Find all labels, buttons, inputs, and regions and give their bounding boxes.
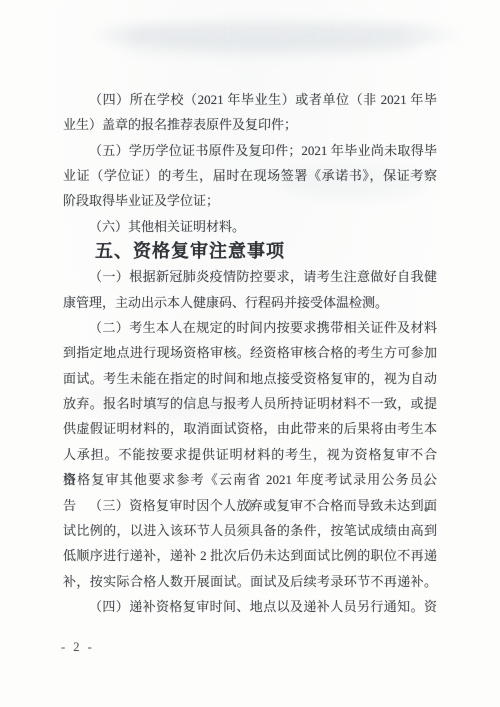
scan-artifact-top2 (120, 42, 420, 56)
scan-artifact-top (90, 22, 468, 48)
text-line: 业证（学位证）的考生，届时在现场签署《承诺书》，保证考察 (63, 163, 437, 188)
text-line: 康管理，主动出示本人健康码、行程码并接受体温检测。 (63, 290, 437, 315)
text-line: 面试。考生未能在指定的时间和地点接受资格复审的，视为自动 (63, 366, 437, 391)
text-line: 供虚假证明材料的，取消面试资格，由此带来的后果将由考生本 (63, 416, 437, 441)
text-line: （六）其他相关证明材料。 (63, 214, 437, 239)
text-line: （四）所在学校（2021 年毕业生）或者单位（非 2021 年毕 (63, 87, 437, 112)
document-body: （四）所在学校（2021 年毕业生）或者单位（非 2021 年毕业生）盖章的报名… (63, 87, 437, 619)
text-line: （一）根据新冠肺炎疫情防控要求，请考生注意做好自我健 (63, 264, 437, 289)
text-line: 业生）盖章的报名推荐表原件及复印件； (63, 112, 437, 137)
text-line: 补，按实际合格人数开展面试。面试及后续考录环节不再递补。 (63, 569, 437, 594)
text-line: 阶段取得毕业证及学位证； (63, 188, 437, 213)
text-line: 试比例的，以进入该环节人员须具备的条件，按笔试成绩由高到 (63, 518, 437, 543)
text-line: （五）学历学位证书原件及复印件；2021 年毕业尚未取得毕 (63, 138, 437, 163)
text-line: 低顺序进行递补，递补 2 批次后仍未达到面试比例的职位不再递 (63, 543, 437, 568)
text-line: （三）资格复审时因个人放弃或复审不合格而导致未达到面 (63, 493, 437, 518)
section-heading: 五、资格复审注意事项 (63, 239, 437, 264)
page-number: - 2 - (61, 640, 94, 655)
text-line: 到指定地点进行现场资格审核。经资格审核合格的考生方可参加 (63, 340, 437, 365)
text-line: （四）递补资格复审时间、地点以及递补人员另行通知。资 (63, 594, 437, 619)
document-page: （四）所在学校（2021 年毕业生）或者单位（非 2021 年毕业生）盖章的报名… (0, 0, 500, 707)
text-line: 资格复审其他要求参考《云南省 2021 年度考试录用公务员公告》。 (63, 467, 437, 492)
text-line: 放弃。报名时填写的信息与报考人员所持证明材料不一致，或提 (63, 391, 437, 416)
text-line: （二）考生本人在规定的时间内按要求携带相关证件及材料 (63, 315, 437, 340)
text-line: 人承担。不能按要求提供证明材料的考生，视为资格复审不合格。 (63, 442, 437, 467)
